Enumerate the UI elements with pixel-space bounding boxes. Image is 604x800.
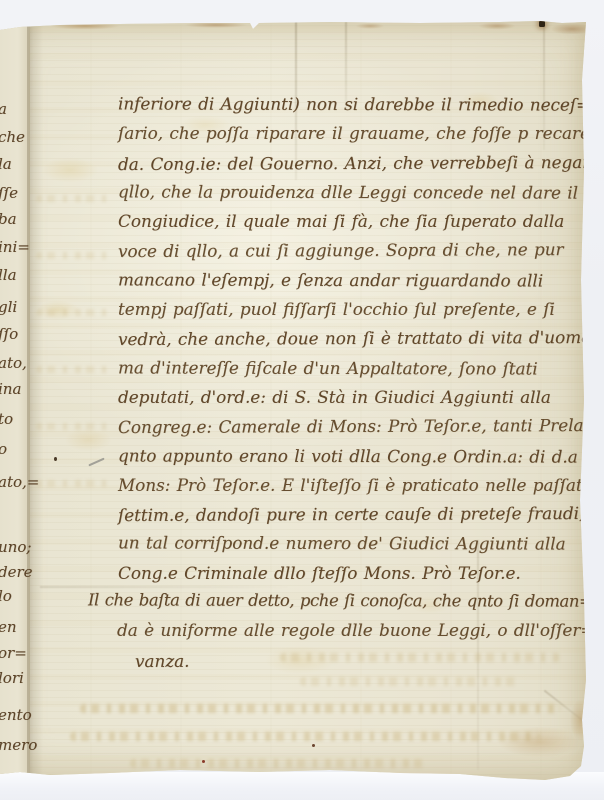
facing-page-fragment: uno; <box>0 538 32 556</box>
manuscript-line: qllo, che la prouidenza dlle Leggi conce… <box>118 177 588 208</box>
manuscript-line: Congreg.e: Camerale di Mons: Prò Teſor.e… <box>118 411 588 442</box>
manuscript-line: tempj paſſati, puol fiſſarſi l'occhio ſu… <box>118 295 588 324</box>
manuscript-line: da è uniforme alle regole dlle buone Leg… <box>117 616 588 646</box>
manuscript-page: a che la ſſe ba ini= lla gli ſſo ato, in… <box>0 20 586 782</box>
facing-page-fragment: ba <box>0 210 32 228</box>
manuscript-line: Mons: Prò Teſor.e. E l'iſteſſo ſi è prat… <box>118 471 588 500</box>
manuscript-line: ſettim.e, dandoſi pure in certe cauſe di… <box>118 499 588 530</box>
manuscript-line: da. Cong.ie: del Gouerno. Anzi, che verr… <box>118 148 588 179</box>
facing-page-fragment: mero <box>0 736 32 754</box>
manuscript-text-block: inferiore di Aggiunti) non si darebbe il… <box>118 90 588 588</box>
ink-bleedthrough-row <box>70 732 540 741</box>
facing-page-fragment: la <box>0 155 32 173</box>
manuscript-line: Il che baſta di auer detto, pche ſi cono… <box>88 585 588 616</box>
facing-page-fragment: dere <box>0 563 32 581</box>
facing-page-fragment: lo <box>0 587 32 605</box>
margin-bleedthrough <box>36 195 112 202</box>
facing-page-fragment: lori <box>0 669 32 687</box>
facing-page-fragment: ini= <box>0 238 32 256</box>
ink-bleedthrough-row <box>300 677 520 686</box>
manuscript-line: qnto appunto erano li voti dlla Cong.e O… <box>118 441 588 472</box>
paper-speck <box>312 744 315 747</box>
margin-bleedthrough <box>36 309 112 316</box>
facing-page-fragment: en <box>0 618 32 636</box>
facing-page-fragment: ato, <box>0 354 32 372</box>
facing-page-fragment: ato,= <box>0 473 32 491</box>
manuscript-line: mancano l'eſempj, e ſenza andar riguarda… <box>118 265 588 296</box>
manuscript-line: Cong.e Criminale dllo ſteſſo Mons. Prò T… <box>118 559 588 588</box>
margin-bleedthrough <box>36 366 112 373</box>
manuscript-line: vanza. <box>135 645 588 677</box>
facing-page-fragment: ſſe <box>0 184 32 202</box>
top-edge-stain-band <box>0 20 586 34</box>
manuscript-line: ma d'intereſſe fiſcale d'un Appaltatore,… <box>118 353 588 384</box>
facing-page-fragment: ina <box>0 380 32 398</box>
margin-bleedthrough <box>36 423 112 430</box>
margin-bleedthrough <box>36 480 112 487</box>
facing-page-fragment: to <box>0 410 32 428</box>
manuscript-line: vedrà, che anche, doue non ſi è trattato… <box>118 323 588 354</box>
manuscript-line: ſario, che poſſa riparare il grauame, ch… <box>118 119 588 148</box>
facing-page-fragment: gli <box>0 298 32 316</box>
paper-speck <box>54 457 57 461</box>
margin-bleedthrough <box>36 252 112 259</box>
manuscript-line: Congiudice, il quale mai ſi fà, che ſia … <box>118 207 588 236</box>
ink-bleedthrough-row <box>130 759 430 768</box>
scanned-manuscript-viewer: a che la ſſe ba ini= lla gli ſſo ato, in… <box>0 0 604 800</box>
facing-page-fragment: or= <box>0 644 32 662</box>
facing-page-fragment: lla <box>0 266 32 284</box>
manuscript-line: inferiore di Aggiunti) non si darebbe il… <box>118 89 588 120</box>
facing-page-fragment: o <box>0 440 32 458</box>
manuscript-line: voce di qllo, a cui ſi aggiunge. Sopra d… <box>118 235 588 266</box>
manuscript-line: deputati, d'ord.e: di S. Stà in Giudici … <box>118 383 588 412</box>
facing-page-fragment: che <box>0 128 32 146</box>
facing-page-fragment: a <box>0 100 32 118</box>
ink-spot <box>539 21 545 27</box>
manuscript-line: un tal corriſpond.e numero de' Giudici A… <box>118 529 588 560</box>
ink-bleedthrough-row <box>80 704 560 713</box>
manuscript-closing-paragraph: Il che baſta di auer detto, pche ſi cono… <box>88 586 588 675</box>
facing-page-fragment: ento <box>0 706 32 724</box>
facing-page-fragment: ſſo <box>0 325 32 343</box>
